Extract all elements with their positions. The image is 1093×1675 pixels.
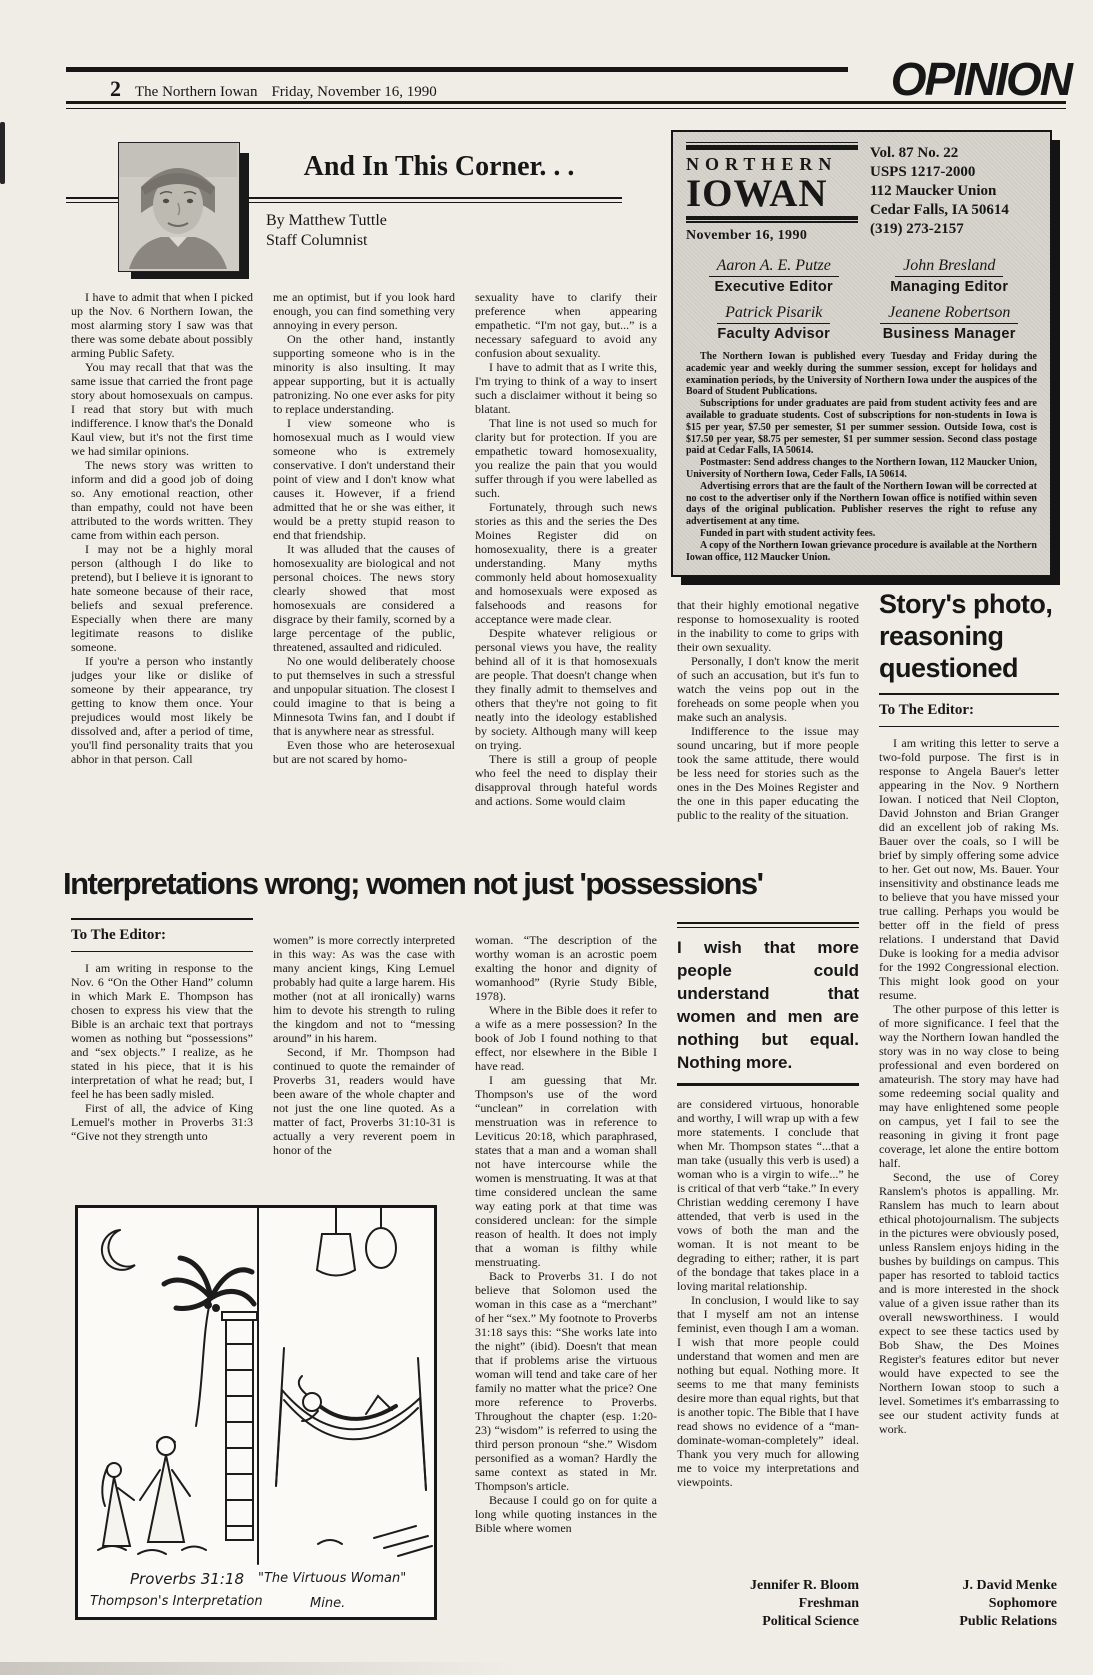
fine-print-paragraph: Subscriptions for under graduates are pa… xyxy=(686,398,1037,457)
article-paragraph: Personally, I don't know the merit of su… xyxy=(677,654,859,724)
letter2-title: Interpretations wrong; women not just 'p… xyxy=(63,866,875,902)
masthead-phone: (319) 273-2157 xyxy=(870,220,1009,239)
letter1-signature: J. David Menke Sophomore Public Relation… xyxy=(877,1577,1057,1631)
pull-quote-rule xyxy=(677,1083,859,1086)
staff-role: Business Manager xyxy=(862,326,1038,342)
staff-name: Aaron A. E. Putze xyxy=(709,257,839,277)
letter-paragraph: I am guessing that Mr. Thompson's use of… xyxy=(475,1073,657,1269)
letter2-body-col4: are considered virtuous, honorable and w… xyxy=(677,1097,859,1489)
letter2-column-1: To The Editor: I am writing in response … xyxy=(71,918,253,1143)
letter-paragraph: In conclusion, I would like to say that … xyxy=(677,1293,859,1489)
article-paragraph: The news story was written to inform and… xyxy=(71,458,253,542)
signature-major: Political Science xyxy=(677,1613,859,1631)
article-paragraph: Even those who are heterosexual but are … xyxy=(273,738,455,766)
staff-entry: John Bresland Managing Editor xyxy=(862,257,1038,295)
columnist-portrait-image xyxy=(119,143,237,269)
article-paragraph: On the other hand, instantly supporting … xyxy=(273,332,455,416)
article-paragraph: I may not be a highly moral person (alth… xyxy=(71,542,253,654)
cartoon-caption-mine: Mine. xyxy=(310,1596,345,1611)
staff-role: Managing Editor xyxy=(862,279,1038,295)
article-paragraph: You may recall that that was the same is… xyxy=(71,360,253,458)
editorial-cartoon: Proverbs 31:18 "The Virtuous Woman" Thom… xyxy=(75,1205,437,1620)
issue-date: Friday, November 16, 1990 xyxy=(271,84,436,101)
letter-paragraph: women” is more correctly interpreted in … xyxy=(273,933,455,1045)
header-rule xyxy=(66,67,848,72)
fine-print-paragraph: Funded in part with student activity fee… xyxy=(686,528,1037,540)
article-paragraph: That line is not used so much for clarit… xyxy=(475,416,657,500)
masthead-box: NORTHERN IOWAN November 16, 1990 Vol. 87… xyxy=(671,130,1052,577)
cartoon-caption-proverbs: Proverbs 31:18 xyxy=(84,1570,244,1588)
article-paragraph: Despite whatever religious or personal v… xyxy=(475,626,657,752)
cartoon-caption-thompson: Thompson's Interpretation xyxy=(90,1594,263,1609)
masthead-logo: NORTHERN IOWAN November 16, 1990 xyxy=(686,142,858,244)
masthead-contact: Vol. 87 No. 22 USPS 1217-2000 112 Maucke… xyxy=(870,142,1009,244)
letter2-salutation: To The Editor: xyxy=(71,927,253,944)
article-paragraph: No one would deliberately choose to put … xyxy=(273,654,455,738)
letter-paragraph: I am writing in response to the Nov. 6 “… xyxy=(71,961,253,1101)
letter-paragraph: Second, the use of Corey Ranslem's photo… xyxy=(879,1170,1059,1436)
letter2-signature: Jennifer R. Bloom Freshman Political Sci… xyxy=(677,1577,859,1631)
staff-name: Patrick Pisarik xyxy=(717,304,830,324)
newspaper-page: OPINION 2 The Northern Iowan Friday, Nov… xyxy=(0,0,1093,1675)
byline-block: By Matthew Tuttle Staff Columnist xyxy=(266,211,387,251)
staff-entry: Aaron A. E. Putze Executive Editor xyxy=(686,257,862,295)
article-paragraph: I have to admit that when I picked up th… xyxy=(71,290,253,360)
article-paragraph: sexuality have to clarify their preferen… xyxy=(475,290,657,360)
article-paragraph: that their highly emotional negative res… xyxy=(677,598,859,654)
masthead-fine-print: The Northern Iowan is published every Tu… xyxy=(686,351,1037,563)
masthead-name-line2: IOWAN xyxy=(686,175,858,213)
fine-print-paragraph: Postmaster: Send address changes to the … xyxy=(686,457,1037,481)
fine-print-paragraph: A copy of the Northern Iowan grievance p… xyxy=(686,540,1037,564)
masthead-volume: Vol. 87 No. 22 xyxy=(870,144,1009,163)
article-column-1: I have to admit that when I picked up th… xyxy=(71,290,253,850)
scan-artifact xyxy=(0,1662,520,1675)
column-title: And In This Corner. . . xyxy=(253,150,625,184)
fine-print-paragraph: The Northern Iowan is published every Tu… xyxy=(686,351,1037,398)
letter1-salutation: To The Editor: xyxy=(879,702,1059,719)
section-title: OPINION xyxy=(830,54,1071,104)
letter-paragraph: First of all, the advice of King Lemuel'… xyxy=(71,1101,253,1143)
masthead-staff: Aaron A. E. Putze Executive Editor John … xyxy=(686,257,1037,342)
staff-role: Faculty Advisor xyxy=(686,326,862,342)
signature-major: Public Relations xyxy=(877,1613,1057,1631)
letter-paragraph: I am writing this letter to serve a two-… xyxy=(879,736,1059,1002)
signature-name: J. David Menke xyxy=(877,1577,1057,1595)
article-paragraph: It was alluded that the causes of homose… xyxy=(273,542,455,654)
scan-artifact xyxy=(0,122,5,184)
letter2-column-3: woman. “The description of the worthy wo… xyxy=(475,933,657,1535)
article-paragraph: me an optimist, but if you look hard eno… xyxy=(273,290,455,332)
letter1-body: I am writing this letter to serve a two-… xyxy=(879,736,1059,1436)
paper-name: The Northern Iowan xyxy=(135,84,257,101)
masthead-address2: Cedar Falls, IA 50614 xyxy=(870,201,1009,220)
article-column-4: that their highly emotional negative res… xyxy=(677,598,859,860)
letter2-column-4: I wish that more people could understand… xyxy=(677,922,859,1489)
masthead-address1: 112 Maucker Union xyxy=(870,182,1009,201)
article-paragraph: I have to admit that as I write this, I'… xyxy=(475,360,657,416)
letter-paragraph: Where in the Bible does it refer to a wi… xyxy=(475,1003,657,1073)
article-paragraph: If you're a person who instantly judges … xyxy=(71,654,253,766)
letter-paragraph: The other purpose of this letter is of m… xyxy=(879,1002,1059,1170)
article-column-2: me an optimist, but if you look hard eno… xyxy=(273,290,455,850)
letter2-body-col1: I am writing in response to the Nov. 6 “… xyxy=(71,961,253,1143)
article-paragraph: Indifference to the issue may sound unca… xyxy=(677,724,859,822)
masthead-usps: USPS 1217-2000 xyxy=(870,163,1009,182)
masthead-date: November 16, 1990 xyxy=(686,228,858,244)
cartoon-drawing xyxy=(78,1208,434,1568)
columnist-photo xyxy=(118,142,240,272)
staff-entry: Jeanene Robertson Business Manager xyxy=(862,304,1038,342)
byline-author: By Matthew Tuttle xyxy=(266,211,387,231)
article-paragraph: Fortunately, through such news stories a… xyxy=(475,500,657,626)
folio-line: 2 The Northern Iowan Friday, November 16… xyxy=(110,76,437,102)
staff-role: Executive Editor xyxy=(686,279,862,295)
letter-paragraph: Because I could go on for quite a long w… xyxy=(475,1493,657,1535)
letter-paragraph: are considered virtuous, honorable and w… xyxy=(677,1097,859,1293)
letter-paragraph: Second, if Mr. Thompson had continued to… xyxy=(273,1045,455,1157)
letter1: Story's photo, reasoning questioned To T… xyxy=(879,588,1059,1436)
page-number: 2 xyxy=(110,76,121,102)
fine-print-paragraph: Advertising errors that are the fault of… xyxy=(686,481,1037,528)
signature-class: Sophomore xyxy=(877,1595,1057,1613)
article-paragraph: There is still a group of people who fee… xyxy=(475,752,657,808)
letter-paragraph: woman. “The description of the worthy wo… xyxy=(475,933,657,1003)
staff-name: John Bresland xyxy=(895,257,1003,277)
header-double-rule xyxy=(66,101,1066,109)
letter-paragraph: Back to Proverbs 31. I do not believe th… xyxy=(475,1269,657,1493)
pull-quote: I wish that more people could understand… xyxy=(677,928,859,1083)
staff-entry: Patrick Pisarik Faculty Advisor xyxy=(686,304,862,342)
cartoon-caption-virtuous: "The Virtuous Woman" xyxy=(258,1571,406,1586)
letter2-column-2: women” is more correctly interpreted in … xyxy=(273,933,455,1157)
signature-class: Freshman xyxy=(677,1595,859,1613)
letter1-title: Story's photo, reasoning questioned xyxy=(879,588,1059,684)
article-paragraph: I view someone who is homosexual much as… xyxy=(273,416,455,542)
byline-role: Staff Columnist xyxy=(266,231,387,251)
article-column-3: sexuality have to clarify their preferen… xyxy=(475,290,657,850)
staff-name: Jeanene Robertson xyxy=(880,304,1018,324)
masthead-top: NORTHERN IOWAN November 16, 1990 Vol. 87… xyxy=(686,142,1037,244)
signature-name: Jennifer R. Bloom xyxy=(677,1577,859,1595)
